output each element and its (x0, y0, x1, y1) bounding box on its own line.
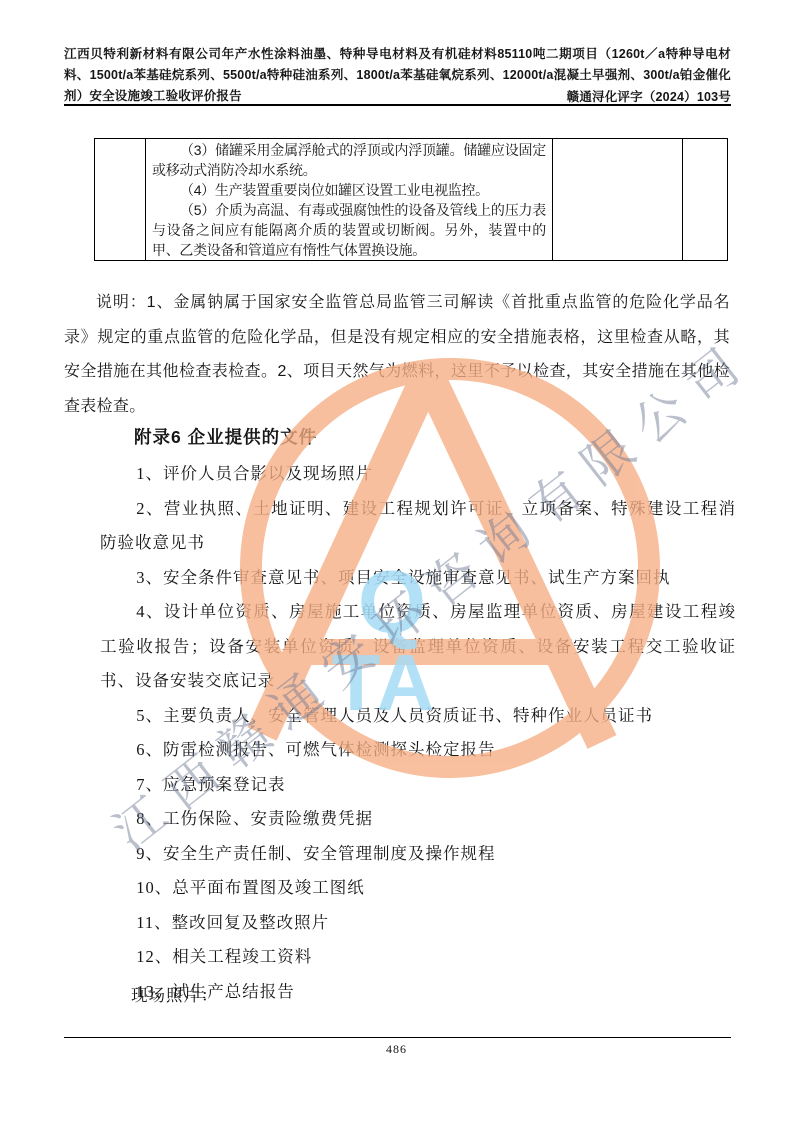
document-page: 江西贝特利新材料有限公司年产水性涂料油墨、特种导电材料及有机硅材料85110吨二… (0, 0, 793, 1122)
list-item: 9、安全生产责任制、安全管理制度及操作规程 (100, 837, 736, 872)
list-item: 11、整改回复及整改照片 (100, 906, 736, 941)
list-item: 2、营业执照、土地证明、建设工程规划许可证、立项备案、特殊建设工程消防验收意见书 (100, 492, 736, 561)
list-item: 3、安全条件审查意见书、项目安全设施审查意见书、试生产方案回执 (100, 561, 736, 596)
list-item: 5、主要负责人、安全管理人员及人员资质证书、特种作业人员证书 (100, 699, 736, 734)
list-item: 10、总平面布置图及竣工图纸 (100, 871, 736, 906)
table-row: （3）储罐采用金属浮舱式的浮顶或内浮顶罐。储罐应设固定或移动式消防冷却水系统。（… (95, 139, 728, 261)
footer-rule (64, 1037, 731, 1038)
table-cell-check-result (553, 139, 683, 261)
measure-paragraph: （5）介质为高温、有毒或强腐蚀性的设备及管线上的压力表与设备之间应有能隔离介质的… (152, 200, 546, 260)
header-rule (64, 104, 731, 106)
safety-measures-table: （3）储罐采用金属浮舱式的浮顶或内浮顶罐。储罐应设固定或移动式消防冷却水系统。（… (94, 138, 728, 261)
appendix-list: 1、评价人员合影以及现场照片2、营业执照、土地证明、建设工程规划许可证、立项备案… (100, 457, 736, 1009)
table-cell-remark (683, 139, 728, 261)
document-header: 江西贝特利新材料有限公司年产水性涂料油墨、特种导电材料及有机硅材料85110吨二… (64, 44, 731, 107)
measure-paragraph: （3）储罐采用金属浮舱式的浮顶或内浮顶罐。储罐应设固定或移动式消防冷却水系统。 (152, 140, 546, 180)
table-cell-measures: （3）储罐采用金属浮舱式的浮顶或内浮顶罐。储罐应设固定或移动式消防冷却水系统。（… (146, 139, 553, 261)
list-item: 8、工伤保险、安责险缴费凭据 (100, 802, 736, 837)
table-cell-index (95, 139, 146, 261)
list-item: 1、评价人员合影以及现场照片 (100, 457, 736, 492)
list-item: 4、设计单位资质、房屋施工单位资质、房屋监理单位资质、房屋建设工程竣工验收报告；… (100, 595, 736, 699)
list-item: 6、防雷检测报告、可燃气体检测探头检定报告 (100, 733, 736, 768)
note-paragraph: 说明：1、金属钠属于国家安全监管总局监管三司解读《首批重点监管的危险化学品名录》… (64, 286, 730, 424)
site-photos-label: 现场照片： (131, 982, 219, 1006)
page-number: 486 (0, 1042, 793, 1057)
list-item: 12、相关工程竣工资料 (100, 940, 736, 975)
list-item: 7、应急预案登记表 (100, 768, 736, 803)
appendix-heading: 附录6 企业提供的文件 (134, 424, 317, 449)
measure-paragraph: （4）生产装置重要岗位如罐区设置工业电视监控。 (152, 180, 546, 200)
